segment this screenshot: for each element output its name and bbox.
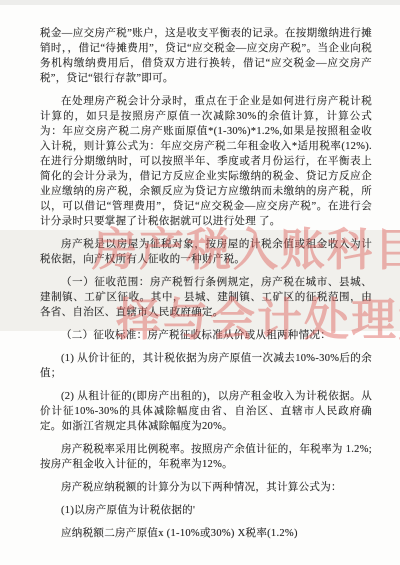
paragraph: （一）征收范围：房产税暂行条例规定，房产税在城市、县城、建制镇、工矿区征收。其中…	[40, 275, 372, 320]
paragraph: (2) 从租计征的(即房产出租的)，以房产租金收入为计税依据。从价计征10%-3…	[40, 389, 372, 434]
paragraph: 房产税税率采用比例税率。按照房产余值计征的，年税率为 1.2%;按房产租金收入计…	[40, 442, 372, 472]
paragraph: 在处理房产税会计分录时，重点在于企业是如何进行房产税计税计算的，如只是按照房产原…	[40, 94, 372, 229]
paragraph: 房产税应纳税额的计算分为以下两种情况，其计算公式为：	[40, 480, 372, 495]
paragraph: （二）征收标准：房产税征收标准从价或从租两种情况：	[40, 328, 372, 343]
paragraph: (1)以房产原值为计税依据的'	[40, 503, 372, 518]
paragraph: 税金—应交房产税”账户，这是收支平衡表的记录。在按期缴纳进行摊销时，，借记“待摊…	[40, 26, 372, 86]
paragraph: 房产税是以房屋为征税对象，按房屋的计税余值或租金收入为计税依据，向产权所有人征收…	[40, 237, 372, 267]
document-page: 税金—应交房产税”账户，这是收支平衡表的记录。在按期缴纳进行摊销时，，借记“待摊…	[0, 0, 400, 565]
document-content: 税金—应交房产税”账户，这是收支平衡表的记录。在按期缴纳进行摊销时，，借记“待摊…	[0, 0, 400, 541]
paragraph: (1) 从价计征的，其计税依据为房产原值一次减去10%-30%后的余值；	[40, 351, 372, 381]
paragraph: 应纳税额二房产原值x (1-10%或30%) X税率(1.2%)	[40, 526, 372, 541]
